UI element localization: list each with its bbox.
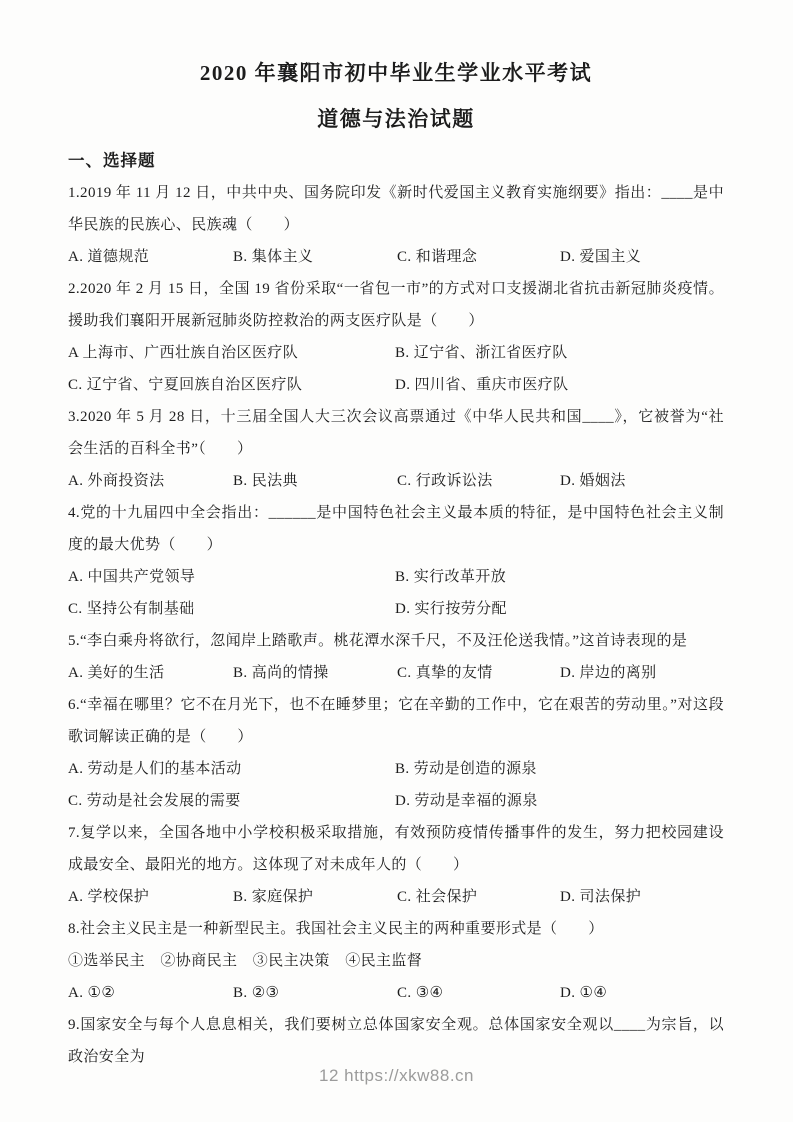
- question-4-options-row-2: C. 坚持公有制基础 D. 实行按劳分配: [68, 593, 724, 625]
- question-2-stem: 2.2020 年 2 月 15 日，全国 19 省份采取“一省包一市”的方式对口…: [68, 273, 724, 337]
- question-7-option-c: C. 社会保护: [397, 881, 560, 913]
- exam-subtitle: 道德与法治试题: [68, 104, 724, 134]
- question-6-options-row-1: A. 劳动是人们的基本活动 B. 劳动是创造的源泉: [68, 753, 724, 785]
- question-3-option-b: B. 民法典: [233, 465, 397, 497]
- question-1-option-c: C. 和谐理念: [397, 241, 560, 273]
- question-5-options: A. 美好的生活 B. 高尚的情操 C. 真挚的友情 D. 岸边的离别: [68, 657, 724, 689]
- question-5-option-d: D. 岸边的离别: [560, 657, 724, 689]
- question-1-options: A. 道德规范 B. 集体主义 C. 和谐理念 D. 爱国主义: [68, 241, 724, 273]
- question-4-options-row-1: A. 中国共产党领导 B. 实行改革开放: [68, 561, 724, 593]
- question-2-option-a: A 上海市、广西壮族自治区医疗队: [68, 337, 395, 369]
- question-8-option-d: D. ①④: [560, 977, 724, 1009]
- question-6: 6.“幸福在哪里？它不在月光下，也不在睡梦里；它在辛勤的工作中，它在艰苦的劳动里…: [68, 689, 724, 817]
- question-5: 5.“李白乘舟将欲行，忽闻岸上踏歌声。桃花潭水深千尺，不及汪伦送我情。”这首诗表…: [68, 625, 724, 689]
- question-4-option-d: D. 实行按劳分配: [395, 593, 724, 625]
- section-heading-multiple-choice: 一、选择题: [68, 148, 724, 174]
- question-2-options-row-2: C. 辽宁省、宁夏回族自治区医疗队 D. 四川省、重庆市医疗队: [68, 369, 724, 401]
- exam-paper-page: 2020 年襄阳市初中毕业生学业水平考试 道德与法治试题 一、选择题 1.201…: [0, 0, 793, 1122]
- question-6-options-row-2: C. 劳动是社会发展的需要 D. 劳动是幸福的源泉: [68, 785, 724, 817]
- question-5-option-c: C. 真挚的友情: [397, 657, 560, 689]
- question-1-stem: 1.2019 年 11 月 12 日，中共中央、国务院印发《新时代爱国主义教育实…: [68, 177, 724, 241]
- question-7-option-a: A. 学校保护: [68, 881, 233, 913]
- question-6-stem: 6.“幸福在哪里？它不在月光下，也不在睡梦里；它在辛勤的工作中，它在艰苦的劳动里…: [68, 689, 724, 753]
- question-2-options-row-1: A 上海市、广西壮族自治区医疗队 B. 辽宁省、浙江省医疗队: [68, 337, 724, 369]
- question-5-option-a: A. 美好的生活: [68, 657, 233, 689]
- question-1-option-b: B. 集体主义: [233, 241, 397, 273]
- question-5-stem: 5.“李白乘舟将欲行，忽闻岸上踏歌声。桃花潭水深千尺，不及汪伦送我情。”这首诗表…: [68, 625, 724, 657]
- question-4-option-b: B. 实行改革开放: [395, 561, 724, 593]
- question-6-option-c: C. 劳动是社会发展的需要: [68, 785, 395, 817]
- question-3-option-d: D. 婚姻法: [560, 465, 724, 497]
- question-6-option-b: B. 劳动是创造的源泉: [395, 753, 724, 785]
- question-7-option-b: B. 家庭保护: [233, 881, 397, 913]
- question-4: 4.党的十九届四中全会指出：______是中国特色社会主义最本质的特征，是中国特…: [68, 497, 724, 625]
- question-2-option-c: C. 辽宁省、宁夏回族自治区医疗队: [68, 369, 395, 401]
- question-9: 9.国家安全与每个人息息相关，我们要树立总体国家安全观。总体国家安全观以____…: [68, 1009, 724, 1073]
- question-8: 8.社会主义民主是一种新型民主。我国社会主义民主的两种重要形式是（ ） ①选举民…: [68, 913, 724, 1009]
- question-8-options: A. ①② B. ②③ C. ③④ D. ①④: [68, 977, 724, 1009]
- question-7-stem: 7.复学以来，全国各地中小学校积极采取措施，有效预防疫情传播事件的发生，努力把校…: [68, 817, 724, 881]
- question-1: 1.2019 年 11 月 12 日，中共中央、国务院印发《新时代爱国主义教育实…: [68, 177, 724, 273]
- question-1-option-d: D. 爱国主义: [560, 241, 724, 273]
- question-8-option-b: B. ②③: [233, 977, 397, 1009]
- question-5-option-b: B. 高尚的情操: [233, 657, 397, 689]
- question-8-stem: 8.社会主义民主是一种新型民主。我国社会主义民主的两种重要形式是（ ）: [68, 913, 724, 945]
- question-6-option-a: A. 劳动是人们的基本活动: [68, 753, 395, 785]
- question-3-option-c: C. 行政诉讼法: [397, 465, 560, 497]
- question-2-option-d: D. 四川省、重庆市医疗队: [395, 369, 724, 401]
- question-8-option-c: C. ③④: [397, 977, 560, 1009]
- question-7: 7.复学以来，全国各地中小学校积极采取措施，有效预防疫情传播事件的发生，努力把校…: [68, 817, 724, 913]
- question-7-option-d: D. 司法保护: [560, 881, 724, 913]
- page-content: 2020 年襄阳市初中毕业生学业水平考试 道德与法治试题 一、选择题 1.201…: [68, 58, 724, 1073]
- question-2-option-b: B. 辽宁省、浙江省医疗队: [395, 337, 724, 369]
- question-4-stem: 4.党的十九届四中全会指出：______是中国特色社会主义最本质的特征，是中国特…: [68, 497, 724, 561]
- question-6-option-d: D. 劳动是幸福的源泉: [395, 785, 724, 817]
- question-2: 2.2020 年 2 月 15 日，全国 19 省份采取“一省包一市”的方式对口…: [68, 273, 724, 401]
- page-footer-watermark: 12 https://xkw88.cn: [0, 1066, 793, 1086]
- question-3-options: A. 外商投资法 B. 民法典 C. 行政诉讼法 D. 婚姻法: [68, 465, 724, 497]
- question-4-option-c: C. 坚持公有制基础: [68, 593, 395, 625]
- question-4-option-a: A. 中国共产党领导: [68, 561, 395, 593]
- question-1-option-a: A. 道德规范: [68, 241, 233, 273]
- question-9-stem: 9.国家安全与每个人息息相关，我们要树立总体国家安全观。总体国家安全观以____…: [68, 1009, 724, 1073]
- question-3-stem: 3.2020 年 5 月 28 日，十三届全国人大三次会议高票通过《中华人民共和…: [68, 401, 724, 465]
- question-8-option-a: A. ①②: [68, 977, 233, 1009]
- exam-title: 2020 年襄阳市初中毕业生学业水平考试: [68, 58, 724, 88]
- question-3-option-a: A. 外商投资法: [68, 465, 233, 497]
- question-8-numbered-items: ①选举民主 ②协商民主 ③民主决策 ④民主监督: [68, 945, 724, 977]
- question-7-options: A. 学校保护 B. 家庭保护 C. 社会保护 D. 司法保护: [68, 881, 724, 913]
- question-3: 3.2020 年 5 月 28 日，十三届全国人大三次会议高票通过《中华人民共和…: [68, 401, 724, 497]
